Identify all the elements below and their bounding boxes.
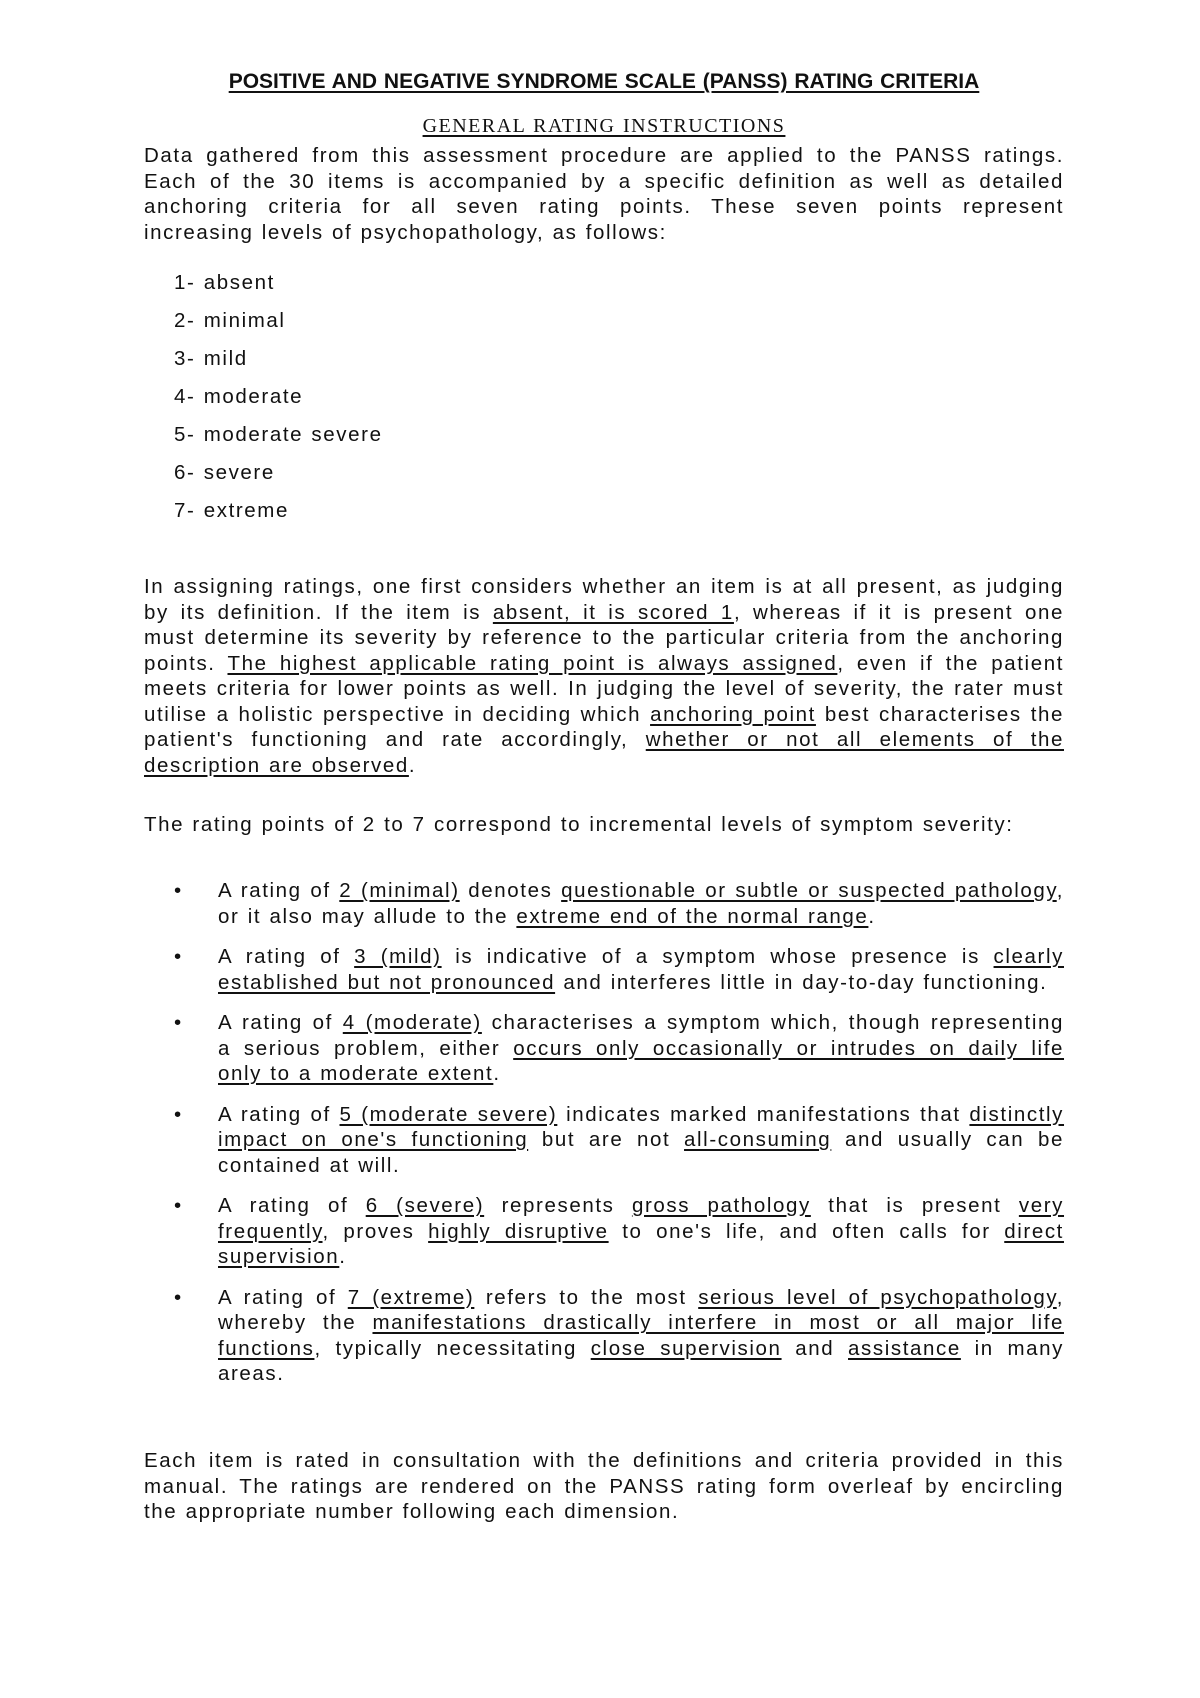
underlined-emphasis: gross pathology (632, 1194, 811, 1217)
bullet-icon: • (174, 1010, 183, 1036)
rating-point-item: 4- moderate (174, 384, 383, 422)
text-run: represents (484, 1194, 632, 1217)
rating-point-item: 7- extreme (174, 498, 383, 536)
underlined-emphasis: 5 (moderate severe) (340, 1103, 558, 1126)
underlined-emphasis: serious level of psychopathology (698, 1286, 1057, 1309)
underlined-emphasis: highly disruptive (428, 1220, 609, 1243)
text-run: . (339, 1245, 346, 1268)
rating-point-label: absent (204, 271, 275, 294)
rating-point-number: 5- (174, 423, 195, 446)
underlined-emphasis: 2 (minimal) (339, 879, 459, 902)
rating-point-number: 7- (174, 499, 195, 522)
text-run: but are not (528, 1128, 684, 1151)
underlined-emphasis: absent, it is scored 1 (493, 601, 734, 624)
severity-bullet-4: •A rating of 4 (moderate) characterises … (144, 1010, 1064, 1087)
text-run: A rating of (218, 879, 339, 902)
text-run: . (493, 1062, 500, 1085)
underlined-emphasis: all-consuming (684, 1128, 831, 1151)
bullet-icon: • (174, 1102, 183, 1128)
rating-point-number: 1- (174, 271, 195, 294)
text-run: , proves (323, 1220, 429, 1243)
rating-point-label: minimal (204, 309, 286, 332)
rating-point-item: 1- absent (174, 270, 383, 308)
text-run: that is present (811, 1194, 1019, 1217)
text-run: indicates marked manifestations that (557, 1103, 969, 1126)
rating-points-list: 1- absent 2- minimal 3- mild 4- moderate… (174, 270, 383, 536)
underlined-emphasis: 4 (moderate) (343, 1011, 482, 1034)
text-run: A rating of (218, 1286, 348, 1309)
text-run: is indicative of a symptom whose presenc… (442, 945, 994, 968)
severity-bullet-5: •A rating of 5 (moderate severe) indicat… (144, 1102, 1064, 1179)
text-run: , typically necessitating (314, 1337, 590, 1360)
severity-bullet-3: •A rating of 3 (mild) is indicative of a… (144, 944, 1064, 995)
text-run: A rating of (218, 945, 354, 968)
text-run: and (782, 1337, 848, 1360)
document-title: POSITIVE AND NEGATIVE SYNDROME SCALE (PA… (144, 70, 1064, 94)
rating-point-item: 6- severe (174, 460, 383, 498)
assigning-ratings-paragraph: In assigning ratings, one first consider… (144, 574, 1064, 778)
severity-bullet-list: •A rating of 2 (minimal) denotes questio… (144, 878, 1064, 1402)
severity-bullet-7: •A rating of 7 (extreme) refers to the m… (144, 1285, 1064, 1387)
text-run: A rating of (218, 1103, 340, 1126)
text-run: and interferes little in day-to-day func… (555, 971, 1047, 994)
rating-point-number: 4- (174, 385, 195, 408)
rating-point-number: 2- (174, 309, 195, 332)
severity-bullet-2: •A rating of 2 (minimal) denotes questio… (144, 878, 1064, 929)
severity-intro-paragraph: The rating points of 2 to 7 correspond t… (144, 812, 1064, 838)
underlined-emphasis: close supervision (591, 1337, 782, 1360)
rating-point-label: severe (204, 461, 275, 484)
section-heading: GENERAL RATING INSTRUCTIONS (144, 115, 1064, 138)
intro-paragraph: Data gathered from this assessment proce… (144, 143, 1064, 245)
severity-bullet-6: •A rating of 6 (severe) represents gross… (144, 1193, 1064, 1270)
underlined-emphasis: extreme end of the normal range (516, 905, 868, 928)
rating-point-item: 2- minimal (174, 308, 383, 346)
text-run: refers to the most (474, 1286, 698, 1309)
bullet-icon: • (174, 878, 183, 904)
rating-point-number: 3- (174, 347, 195, 370)
rating-point-number: 6- (174, 461, 195, 484)
text-run: A rating of (218, 1194, 366, 1217)
underlined-emphasis: 3 (mild) (354, 945, 441, 968)
underlined-emphasis: questionable or subtle or suspected path… (561, 879, 1057, 902)
bullet-icon: • (174, 1193, 183, 1219)
underlined-emphasis: The highest applicable rating point is a… (227, 652, 837, 675)
rating-point-item: 3- mild (174, 346, 383, 384)
rating-point-label: extreme (204, 499, 289, 522)
bullet-icon: • (174, 944, 183, 970)
text-run: . (868, 905, 875, 928)
rating-point-item: 5- moderate severe (174, 422, 383, 460)
rating-point-label: mild (204, 347, 248, 370)
rating-point-label: moderate (204, 385, 303, 408)
text-run: . (409, 754, 416, 777)
text-run: A rating of (218, 1011, 343, 1034)
rating-point-label: moderate severe (204, 423, 383, 446)
closing-paragraph: Each item is rated in consultation with … (144, 1448, 1064, 1525)
bullet-icon: • (174, 1285, 183, 1311)
underlined-emphasis: anchoring point (650, 703, 816, 726)
underlined-emphasis: 6 (severe) (366, 1194, 484, 1217)
text-run: denotes (460, 879, 561, 902)
text-run: to one's life, and often calls for (609, 1220, 1005, 1243)
underlined-emphasis: assistance (848, 1337, 961, 1360)
underlined-emphasis: 7 (extreme) (348, 1286, 475, 1309)
